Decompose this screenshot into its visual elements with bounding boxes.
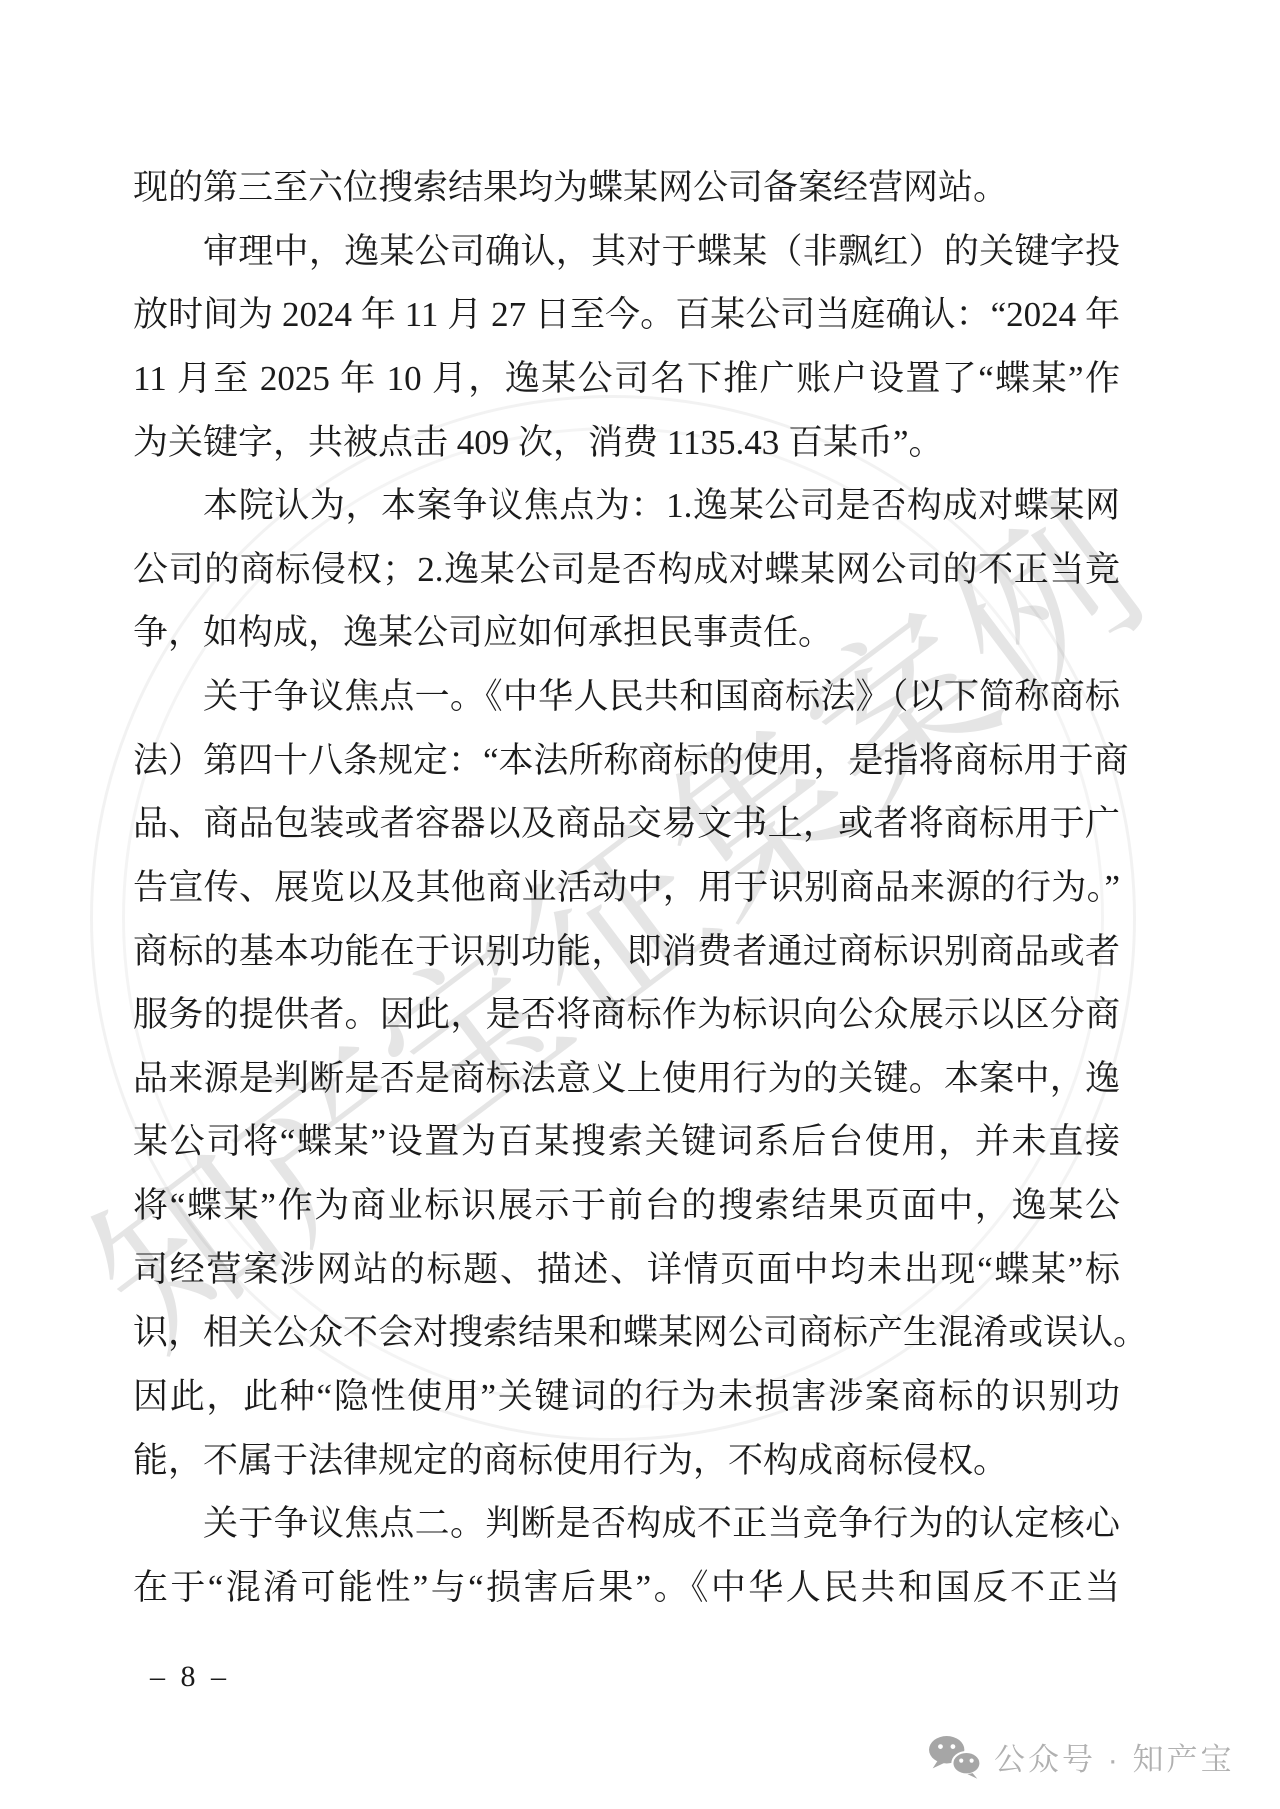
text-line: 11 月至 2025 年 10 月，逸某公司名下推广账户设置了“蝶某”作	[133, 347, 1120, 411]
document-page: 知产宝征集案例 现的第三至六位搜索结果均为蝶某网公司备案经营网站。审理中，逸某公…	[0, 0, 1280, 1809]
text-line: 告宣传、展览以及其他商业活动中，用于识别商品来源的行为。”	[133, 856, 1120, 920]
text-line: 品来源是判断是否是商标法意义上使用行为的关键。本案中，逸	[133, 1047, 1120, 1111]
text-line: 公司的商标侵权；2.逸某公司是否构成对蝶某网公司的不正当竞	[133, 538, 1120, 602]
text-line: 品、商品包装或者容器以及商品交易文书上，或者将商标用于广	[133, 792, 1120, 856]
text-line: 放时间为 2024 年 11 月 27 日至今。百某公司当庭确认：“2024 年	[133, 283, 1120, 347]
wechat-icon	[928, 1735, 982, 1779]
text-line: 在于“混淆可能性”与“损害后果”。《中华人民共和国反不正当	[133, 1556, 1120, 1620]
text-lines: 现的第三至六位搜索结果均为蝶某网公司备案经营网站。审理中，逸某公司确认，其对于蝶…	[133, 156, 1120, 1619]
text-line: 司经营案涉网站的标题、描述、详情页面中均未出现“蝶某”标	[133, 1238, 1120, 1302]
text-line: 商标的基本功能在于识别功能，即消费者通过商标识别商品或者	[133, 920, 1120, 984]
text-line: 争，如构成，逸某公司应如何承担民事责任。	[133, 601, 1120, 665]
text-line: 能，不属于法律规定的商标使用行为，不构成商标侵权。	[133, 1429, 1120, 1493]
text-line: 服务的提供者。因此，是否将商标作为标识向公众展示以区分商	[133, 983, 1120, 1047]
page-number: – 8 –	[150, 1660, 230, 1694]
text-line: 关于争议焦点一。《中华人民共和国商标法》（以下简称商标	[133, 665, 1120, 729]
footer-branding: 公众号 · 知产宝	[928, 1734, 1235, 1779]
text-line: 关于争议焦点二。判断是否构成不正当竞争行为的认定核心	[133, 1492, 1120, 1556]
text-line: 某公司将“蝶某”设置为百某搜索关键词系后台使用，并未直接	[133, 1110, 1120, 1174]
text-line: 识，相关公众不会对搜索结果和蝶某网公司商标产生混淆或误认。	[133, 1301, 1120, 1365]
text-line: 为关键字，共被点击 409 次，消费 1135.43 百某币”。	[133, 411, 1120, 475]
text-line: 将“蝶某”作为商业标识展示于前台的搜索结果页面中，逸某公	[133, 1174, 1120, 1238]
text-line: 现的第三至六位搜索结果均为蝶某网公司备案经营网站。	[133, 156, 1120, 220]
text-line: 审理中，逸某公司确认，其对于蝶某（非飘红）的关键字投	[133, 220, 1120, 284]
text-line: 本院认为，本案争议焦点为：1.逸某公司是否构成对蝶某网	[133, 474, 1120, 538]
text-line: 法）第四十八条规定：“本法所称商标的使用，是指将商标用于商	[133, 729, 1120, 793]
footer-label: 公众号 · 知产宝	[994, 1734, 1235, 1779]
text-line: 因此，此种“隐性使用”关键词的行为未损害涉案商标的识别功	[133, 1365, 1120, 1429]
